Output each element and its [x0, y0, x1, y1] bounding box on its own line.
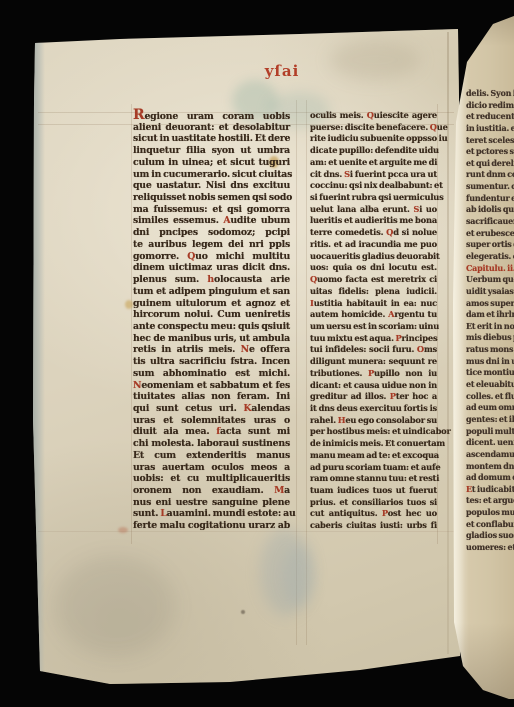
text-line: sunt. Lauamini. mundi estote: au: [133, 508, 290, 520]
text-line: dni pncipes sodomoz; pcipi: [133, 227, 290, 239]
text-line: ritis. et ad iracundia me puo: [310, 239, 437, 251]
text-column-left: Regione uram coram uobisalieni deuorant:…: [133, 110, 290, 532]
text-line: chi molesta. laboraui sustinens: [133, 438, 290, 450]
text-line: oronem non exaudiam. Ma: [133, 485, 290, 497]
text-line: dicant: et causa uidue non in: [310, 380, 437, 392]
text-line: ante conspectu meu: quis qsiuit: [133, 321, 290, 333]
text-line: hec de manibus uris, ut ambula: [133, 333, 290, 345]
text-line: ram omne stannu tuu: et resti: [310, 473, 437, 485]
text-line: lueritis et audieritis me bona: [310, 215, 437, 227]
text-line: uitas fidelis: plena iudicii.: [310, 286, 437, 298]
page-crease: [447, 32, 449, 654]
stain-smudge: [55, 556, 175, 656]
rubricated-initial: S: [413, 204, 419, 214]
text-line: uelut lana alba erunt. Si uo: [310, 204, 437, 216]
text-line: hircorum nolui. Cum ueniretis: [133, 309, 290, 321]
text-line: ma fuissemus: et qsi gomorra: [133, 204, 290, 216]
text-line: Quomo facta est meretrix ci: [310, 274, 437, 286]
text-line: guinem uitulorum et agnoz et: [133, 298, 290, 310]
rubricated-initial: Q: [310, 274, 317, 284]
text-line: greditur ad illos. Pter hoc a: [310, 391, 437, 403]
text-line: sum abhominatio est michi.: [133, 368, 290, 380]
text-line: diuit aia mea. facta sunt mi: [133, 426, 290, 438]
text-line: prius. et consiliarios tuos si: [310, 497, 437, 509]
rubricated-initial: P: [382, 508, 388, 518]
text-column-right: oculis meis. Quiescite agerepuerse: disc…: [310, 110, 437, 532]
rubricated-initial: I: [310, 298, 314, 308]
text-line: terre comedetis. Qd si nolue: [310, 227, 437, 239]
text-line: rahel. Heu ego consolabor su: [310, 415, 437, 427]
text-line: de inimicis meis. Et conuertam: [310, 438, 437, 450]
rubricated-initial: h: [207, 274, 214, 285]
text-line: tributiones. Pupillo non iu: [310, 368, 437, 380]
text-line: diligunt munera: sequunt re: [310, 356, 437, 368]
stain-spot: [241, 610, 245, 614]
rubricated-initial: R: [133, 107, 144, 123]
rubricated-initial: H: [338, 415, 346, 425]
rubricated-initial: Q: [430, 122, 437, 132]
text-line: ad puru scoriam tuam: et aufe: [310, 462, 437, 474]
text-line: linquetur filia syon ut umbra: [133, 145, 290, 157]
rubricated-initial: A: [223, 215, 230, 226]
ruling-line: [131, 104, 132, 544]
manuscript-page: yſai Regione uram coram uobisalieni deuo…: [0, 0, 514, 707]
text-line: it dns deus exercituu fortis is: [310, 403, 437, 415]
text-line: coccinu: qsi nix dealbabunt: et: [310, 180, 437, 192]
text-line: Iustitia habitauit in ea: nuc: [310, 298, 437, 310]
rubricated-initial: M: [274, 485, 284, 496]
text-line: tuu mixtu est aqua. Principes: [310, 333, 437, 345]
text-line: Neomeniam et sabbatum et fes: [133, 380, 290, 392]
rubricated-initial: f: [216, 426, 220, 437]
text-line: puerse: discite benefacere. Que: [310, 122, 437, 134]
text-line: tuam iudices tuos ut fuerut: [310, 485, 437, 497]
rubricated-initial: L: [160, 508, 166, 519]
rubricated-initial: K: [244, 403, 252, 414]
text-line: cit dns. Si fuerint pcca ura ut: [310, 169, 437, 181]
text-line: uras auertam oculos meos a: [133, 462, 290, 474]
rubricated-initial: O: [417, 344, 424, 354]
stain-spot: [125, 300, 133, 309]
stain-spot: [118, 527, 128, 533]
text-line: Regione uram coram uobis: [133, 110, 290, 122]
text-line: manu meam ad te: et excoqua: [310, 450, 437, 462]
text-line: tiuitates alias non feram. Ini: [133, 391, 290, 403]
rubricated-initial: Q: [386, 227, 393, 237]
text-line: uocaueritis gladius deuorabit: [310, 251, 437, 263]
rubricated-initial: Q: [367, 110, 374, 120]
text-line: ferte malu cogitationu urarz ab: [133, 520, 290, 532]
text-line: caberis ciuitas iusti: urbs fi: [310, 520, 437, 532]
text-line: um in cucumerario. sicut ciuitas: [133, 169, 290, 181]
rubricated-initial: Q: [187, 251, 195, 262]
text-line: culum in uinea; et sicut tuguri: [133, 157, 290, 169]
text-line: retis in atriis meis. Ne offera: [133, 344, 290, 356]
running-header: yſai: [254, 62, 310, 82]
text-line: uras et solemnitates uras o: [133, 415, 290, 427]
text-line: gomorre. Quo michi multitu: [133, 251, 290, 263]
rubricated-initial: P: [395, 333, 401, 343]
text-line: tis ultra sacrificiu fstra. Incen: [133, 356, 290, 368]
text-line: per hostibus meis: et uindicabor: [310, 426, 437, 438]
text-line: uos: quia os dni locutu est.: [310, 262, 437, 274]
rubricated-initial: N: [241, 344, 249, 355]
stain-smudge: [330, 40, 420, 80]
text-line: alieni deuorant: et desolabitur: [133, 122, 290, 134]
text-line: dinem uictimaz uras dicit dns.: [133, 262, 290, 274]
text-line: te auribus legem dei nri ppls: [133, 239, 290, 251]
text-line: similes essemus. Audite ubum: [133, 215, 290, 227]
text-line: oculis meis. Quiescite agere: [310, 110, 437, 122]
text-line: rite iudiciu subuenite oppsso iu: [310, 133, 437, 145]
text-line: si fuerint rubra qsi uermiculus: [310, 192, 437, 204]
text-line: dicate pupillo: defendite uidu: [310, 145, 437, 157]
text-line: que uastatur. Nisi dns excituu: [133, 180, 290, 192]
text-line: tum et adipem pinguium et san: [133, 286, 290, 298]
rubricated-initial: P: [390, 391, 396, 401]
rubricated-initial: A: [388, 309, 394, 319]
text-line: Et cum extenderitis manus: [133, 450, 290, 462]
rubricated-initial: N: [133, 380, 141, 391]
text-line: tui infideles: socii furu. Oms: [310, 344, 437, 356]
page-edge-tint: [30, 38, 45, 678]
text-line: nus eni uestre sanguine plene: [133, 497, 290, 509]
text-line: autem homicide. Argentu tu: [310, 309, 437, 321]
facing-page-curled: delis. Syon in iudicio redimet:et reduce…: [449, 4, 514, 707]
page-fold-shadow: [449, 4, 514, 707]
text-line: qui sunt cetus uri. Kalendas: [133, 403, 290, 415]
text-line: reliquisset nobis semen qsi sodo: [133, 192, 290, 204]
text-line: plenus sum. holocausta arie: [133, 274, 290, 286]
rubricated-initial: S: [344, 169, 350, 179]
text-line: am: et uenite et arguite me di: [310, 157, 437, 169]
text-line: um uersu est in scoriam: uinu: [310, 321, 437, 333]
rubricated-initial: P: [368, 368, 374, 378]
manuscript-photo: yſai Regione uram coram uobisalieni deuo…: [0, 0, 514, 707]
text-line: cut antiquitus. Post hec uo: [310, 508, 437, 520]
show-through-decoration: [283, 545, 315, 607]
text-line: sicut in uastitate hostili. Et dere: [133, 133, 290, 145]
text-line: uobis: et cu multiplicaueritis: [133, 473, 290, 485]
